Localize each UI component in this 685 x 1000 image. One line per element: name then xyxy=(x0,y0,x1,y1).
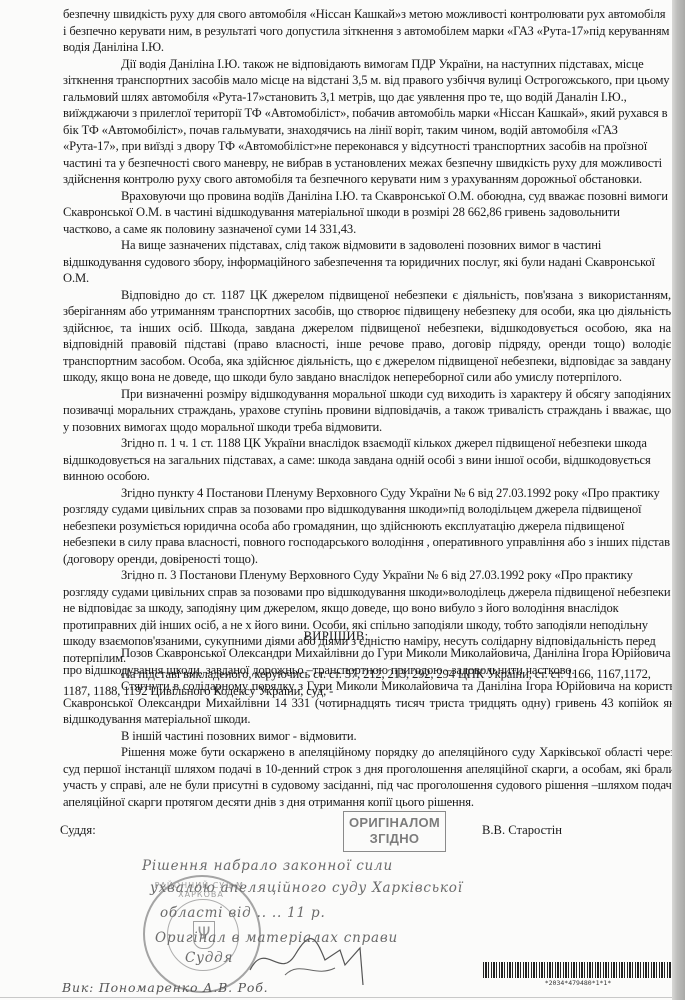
handwritten-note-line: області від .. .. 11 р. xyxy=(160,905,326,921)
stamp-line-2: ЗГІДНО xyxy=(344,831,445,847)
paragraph: Позов Скавронської Олександри Михайлівни… xyxy=(63,645,675,678)
resolution-body: Позов Скавронської Олександри Михайлівни… xyxy=(63,645,675,810)
judge-name: В.В. Старостін xyxy=(482,823,562,838)
bottom-edge xyxy=(0,997,672,998)
paragraph: Дії водія Даніліна І.Ю. також не відпові… xyxy=(63,56,671,188)
paragraph: Враховуючи що провина водіїв Даніліна І.… xyxy=(63,188,671,238)
paragraph: безпечну швидкість руху для свого автомо… xyxy=(63,6,671,56)
stamp-line-1: ОРИГІНАЛОМ xyxy=(344,815,445,831)
paragraph: При визначенні розміру відшкодування мор… xyxy=(63,386,671,436)
barcode-text: *2034*479480*1*1* xyxy=(483,979,673,987)
paragraph: В іншій частині позовних вимог - відмови… xyxy=(63,728,675,745)
scan-edge xyxy=(672,0,685,1000)
document-page: безпечну швидкість руху для свого автомо… xyxy=(0,0,672,1000)
handwritten-note-line: Суддя xyxy=(185,950,233,966)
decision-body: безпечну швидкість руху для свого автомо… xyxy=(63,6,671,699)
resolution-heading: ВИРІШИВ: xyxy=(0,629,672,644)
paragraph: Рішення може бути оскаржено в апеляційно… xyxy=(63,744,675,810)
paragraph: Стягнути в солідарному порядку з Гури Ми… xyxy=(63,678,675,728)
original-conforms-stamp: ОРИГІНАЛОМ ЗГІДНО xyxy=(343,811,446,852)
handwritten-note-line: ухвалою апеляційного суду Харківської xyxy=(150,880,463,896)
executor-note: Вик: Пономаренко А.В. Роб. xyxy=(62,980,268,995)
handwritten-note-line: Рішення набрало законної сили xyxy=(142,858,393,874)
paragraph: Відповідно до ст. 1187 ЦК джерелом підви… xyxy=(63,287,671,386)
paragraph: Згідно п. 1 ч. 1 ст. 1188 ЦК України вна… xyxy=(63,435,671,485)
paragraph: Згідно пункту 4 Постанови Пленуму Верхов… xyxy=(63,485,671,568)
document-barcode xyxy=(483,962,673,978)
paragraph: На вище зазначених підставах, слід також… xyxy=(63,237,671,287)
judge-label: Суддя: xyxy=(60,823,96,838)
